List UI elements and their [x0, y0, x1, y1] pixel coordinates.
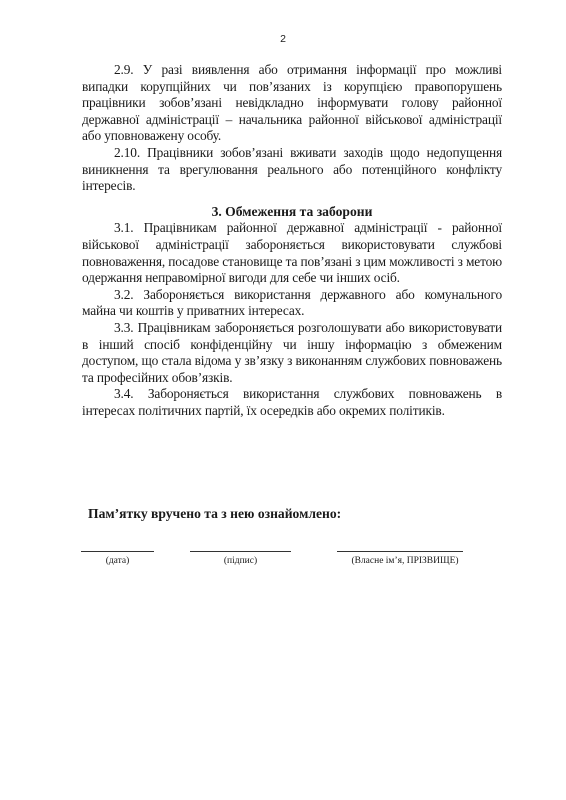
acknowledgement-title: Пам’ятку вручено та з нею ознайомлено:: [88, 506, 341, 522]
paragraph-2-10: 2.10. Працівники зобов’язані вживати зах…: [82, 145, 502, 195]
document-body: 2.9. У разі виявлення або отримання інфо…: [82, 62, 502, 419]
name-field-line[interactable]: [337, 551, 463, 552]
name-field-label: (Власне ім’я, ПРІЗВИЩЕ): [330, 556, 480, 566]
paragraph-3-2: 3.2. Забороняється використання державно…: [82, 287, 502, 320]
section-heading-restrictions: 3. Обмеження та заборони: [82, 204, 502, 221]
page-number: 2: [0, 33, 566, 45]
paragraph-2-9: 2.9. У разі виявлення або отримання інфо…: [82, 62, 502, 145]
paragraph-3-3: 3.3. Працівникам забороняється розголошу…: [82, 320, 502, 386]
paragraph-3-4: 3.4. Забороняється використання службови…: [82, 386, 502, 419]
date-field-label: (дата): [81, 556, 154, 566]
date-field-line[interactable]: [81, 551, 154, 552]
signature-field-line[interactable]: [190, 551, 291, 552]
signature-field-label: (підпис): [190, 556, 291, 566]
paragraph-3-1: 3.1. Працівникам районної державної адмі…: [82, 220, 502, 286]
